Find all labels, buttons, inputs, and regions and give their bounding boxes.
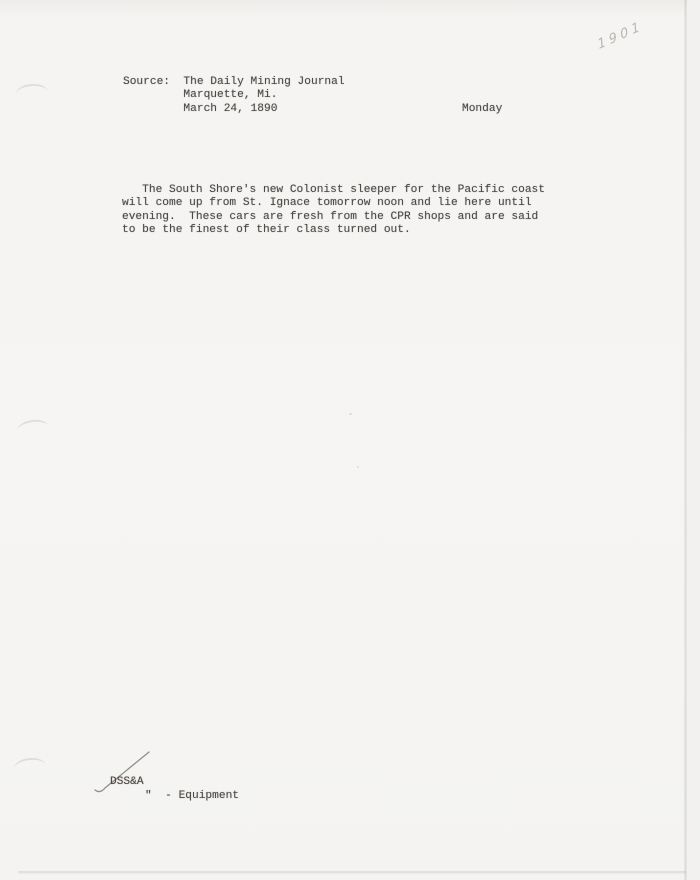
railroad-abbreviation: DSS&A [110,776,144,789]
paperclip-mark [16,418,50,440]
paper-edge-margin [687,0,700,880]
pencil-annotation: 1901 [596,18,645,53]
paper-speck [349,413,352,415]
paperclip-mark [13,756,47,777]
paper-edge-bottom [18,871,686,873]
paper-speck [357,466,359,468]
paper-edge-right [684,0,687,880]
paperclip-mark [15,83,48,103]
ditto-equipment-line: " - Equipment [145,790,239,803]
article-paragraph: The South Shore's new Colonist sleeper f… [122,184,545,237]
weekday-label: Monday [462,103,502,116]
source-citation-block: Source: The Daily Mining Journal Marquet… [123,76,345,116]
scanned-document-page: 1901 Source: The Daily Mining Journal Ma… [0,0,700,880]
